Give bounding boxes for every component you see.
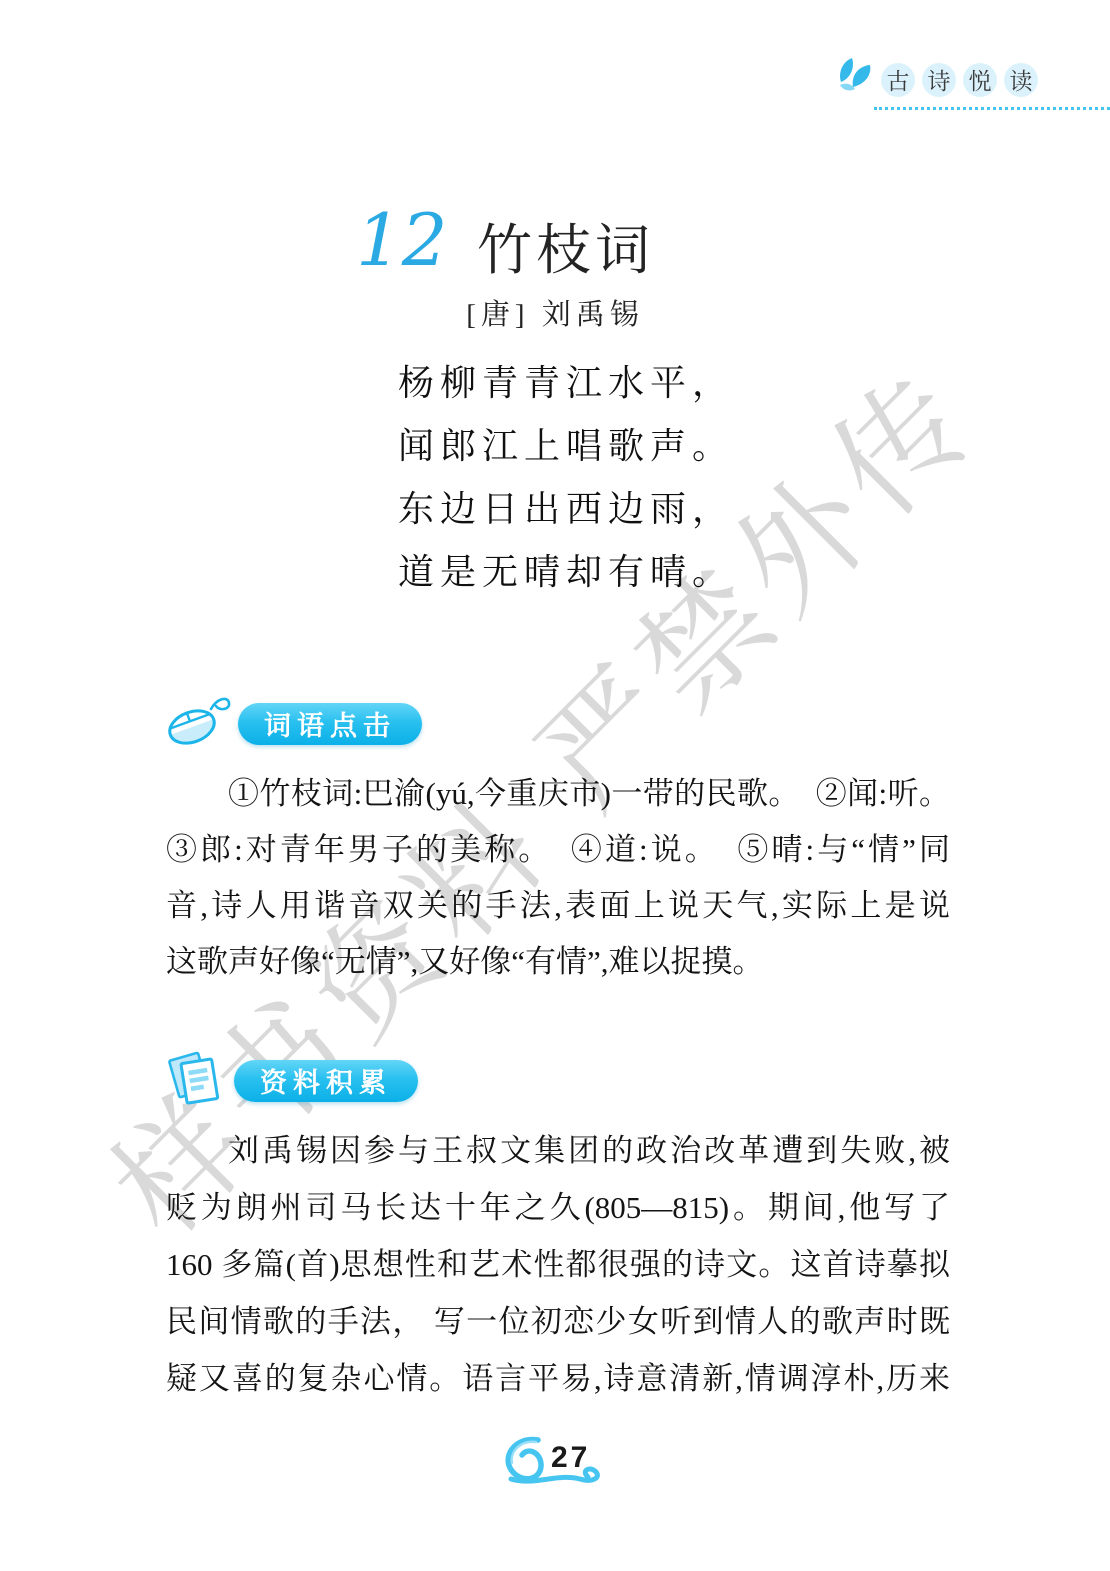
text-line: 疑又喜的复杂心情。语言平易,诗意清新,情调淳朴,历来	[166, 1350, 950, 1407]
poem-line: 东边日出西边雨，	[398, 478, 734, 541]
text-line: 音,诗人用谐音双关的手法,表面上说天气,实际上是说	[166, 878, 950, 934]
text-line: 民间情歌的手法， 写一位初恋少女听到情人的歌声时既	[166, 1293, 950, 1350]
text-line: 贬为朗州司马长达十年之久(805—815)。期间,他写了	[166, 1179, 950, 1236]
brand-char: 悦	[963, 63, 997, 97]
book-page: 样书资料 严禁外传 古 诗 悦 读 12 竹枝词 [唐] 刘禹锡 杨柳青青江水平…	[0, 0, 1110, 1571]
brand-char: 诗	[922, 63, 956, 97]
documents-icon	[163, 1048, 229, 1113]
poem-line: 杨柳青青江水平，	[398, 352, 734, 415]
background-section-header: 资料积累	[163, 1048, 418, 1113]
text-line: 160 多篇(首)思想性和艺术性都很强的诗文。这首诗摹拟	[166, 1236, 950, 1293]
lesson-number: 12	[356, 198, 448, 282]
glossary-section-header: 词语点击	[163, 694, 422, 753]
text-line: ①竹枝词:巴渝(yú,今重庆市)一带的民歌。 ②闻:听。	[166, 766, 950, 822]
poem-body: 杨柳青青江水平， 闻郎江上唱歌声。 东边日出西边雨， 道是无晴却有晴。	[398, 352, 734, 604]
mouse-icon	[163, 694, 233, 753]
brand-char: 读	[1004, 63, 1038, 97]
poem-line: 道是无晴却有晴。	[398, 541, 734, 604]
page-number: 27	[551, 1441, 590, 1475]
poem-line: 闻郎江上唱歌声。	[398, 415, 734, 478]
glossary-text: ①竹枝词:巴渝(yú,今重庆市)一带的民歌。 ②闻:听。 ③郎:对青年男子的美称…	[166, 766, 950, 990]
text-line: 这歌声好像“无情”,又好像“有情”,难以捉摸。	[166, 934, 950, 990]
poem-author: [唐] 刘禹锡	[0, 292, 1110, 333]
page-header: 古 诗 悦 读	[834, 56, 1110, 110]
leaf-logo-icon	[834, 56, 874, 103]
text-line: 刘禹锡因参与王叔文集团的政治改革遭到失败,被	[166, 1122, 950, 1179]
background-text: 刘禹锡因参与王叔文集团的政治改革遭到失败,被 贬为朗州司马长达十年之久(805—…	[166, 1122, 950, 1407]
glossary-badge: 词语点击	[238, 703, 422, 745]
header-dotted-rule	[874, 107, 1110, 110]
background-badge: 资料积累	[234, 1060, 418, 1102]
text-line: ③郎:对青年男子的美称。 ④道:说。 ⑤晴:与“情”同	[166, 822, 950, 878]
lesson-title: 竹枝词	[477, 206, 654, 285]
brand-char: 古	[881, 63, 915, 97]
